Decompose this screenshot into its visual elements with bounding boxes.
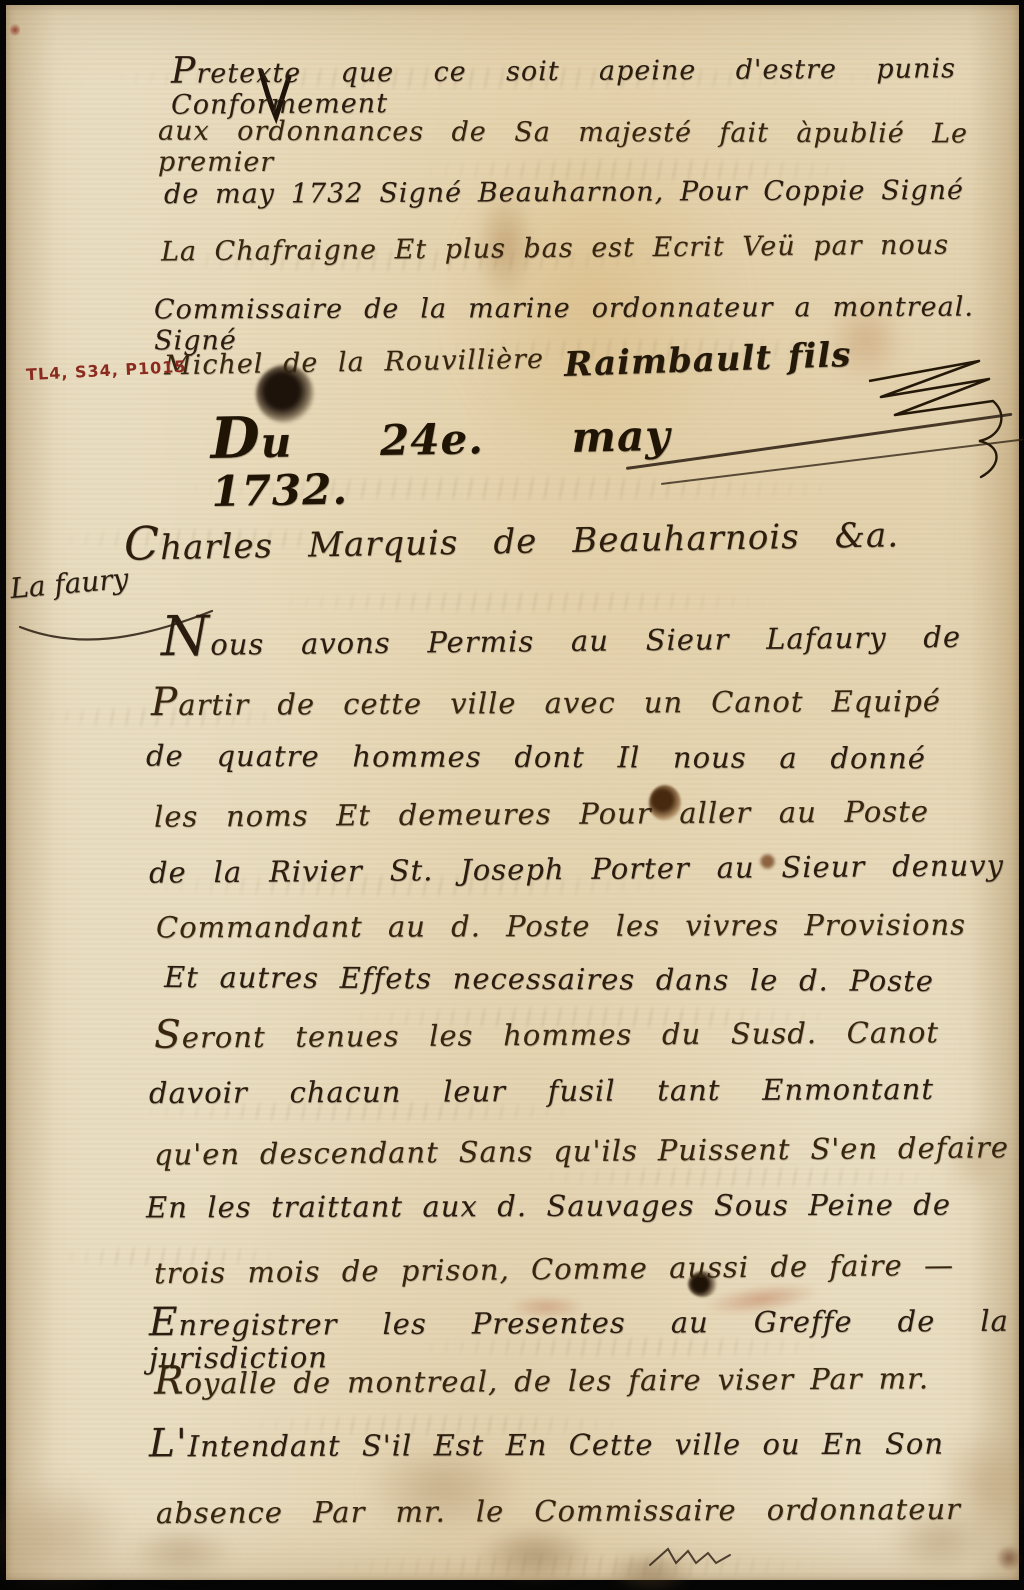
permit-line: absence Par mr. le Commissaire ordonnate… bbox=[156, 1493, 961, 1531]
permit-line: qu'en descendant Sans qu'ils Puissent S'… bbox=[154, 1131, 1009, 1172]
clerk-signature: Raimbault fils bbox=[563, 336, 852, 385]
signature-paraph bbox=[851, 353, 1021, 488]
permit-line: L'Intendant S'il Est En Cette ville ou E… bbox=[149, 1426, 944, 1464]
bleedthrough-mark bbox=[546, 1165, 936, 1189]
pen-scribble bbox=[646, 1543, 746, 1571]
entry-date: Du 24e. may 1732. bbox=[210, 409, 672, 517]
permit-line: Seront tenues les hommes du Susd. Canot bbox=[154, 1014, 939, 1055]
stain bbox=[126, 1525, 236, 1580]
archival-reference: TL4, S34, P1015 bbox=[26, 357, 187, 384]
date-flourish bbox=[661, 439, 1024, 485]
margin-name: La faury bbox=[9, 562, 130, 605]
stain bbox=[936, 1425, 1024, 1545]
permit-line: de quatre hommes dont Il nous a donné bbox=[146, 740, 926, 776]
permit-line: davoir chacun leur fusil tant Enmontant bbox=[149, 1073, 934, 1110]
registration-line: de may 1732 Signé Beauharnon, Pour Coppi… bbox=[164, 175, 964, 210]
permit-line: Nous avons Permis au Sieur Lafaury de bbox=[161, 609, 961, 663]
stain bbox=[0, 1475, 131, 1590]
registration-line: aux ordonnances de Sa majesté fait àpubl… bbox=[158, 116, 968, 181]
registration-line: Michel de la Rouvillière bbox=[164, 344, 544, 382]
manuscript-page: Pretexte que ce soit apeine d'estre puni… bbox=[6, 5, 1019, 1580]
bleedthrough-mark bbox=[286, 590, 766, 614]
permit-title: Charles Marquis de Beauharnois &a. bbox=[124, 512, 900, 569]
scanned-document: Pretexte que ce soit apeine d'estre puni… bbox=[0, 0, 1024, 1590]
permit-line: Royalle de montreal, de les faire viser … bbox=[154, 1360, 929, 1401]
edge-mark bbox=[10, 23, 20, 37]
registration-line: Pretexte que ce soit apeine d'estre puni… bbox=[171, 50, 956, 121]
permit-line: Partir de cette ville avec un Canot Equi… bbox=[151, 683, 941, 722]
permit-line: les noms Et demeures Pour aller au Poste bbox=[154, 795, 929, 834]
permit-line: Et autres Effets necessaires dans le d. … bbox=[164, 961, 934, 998]
date-flourish bbox=[626, 413, 1013, 470]
registration-line: La Chafraigne Et plus bas est Ecrit Veü … bbox=[161, 230, 949, 268]
stain bbox=[996, 1545, 1022, 1571]
permit-line: trois mois de prison, Comme aussi de fai… bbox=[154, 1249, 954, 1291]
stain bbox=[476, 1525, 596, 1585]
bleedthrough-mark bbox=[336, 1553, 816, 1579]
permit-line: Commandant au d. Poste les vivres Provis… bbox=[156, 909, 966, 945]
stain bbox=[606, 1550, 696, 1590]
permit-line: de la Rivier St. Joseph Porter au Sieur … bbox=[149, 849, 1004, 890]
permit-line: En les traittant aux d. Sauvages Sous Pe… bbox=[146, 1189, 951, 1225]
